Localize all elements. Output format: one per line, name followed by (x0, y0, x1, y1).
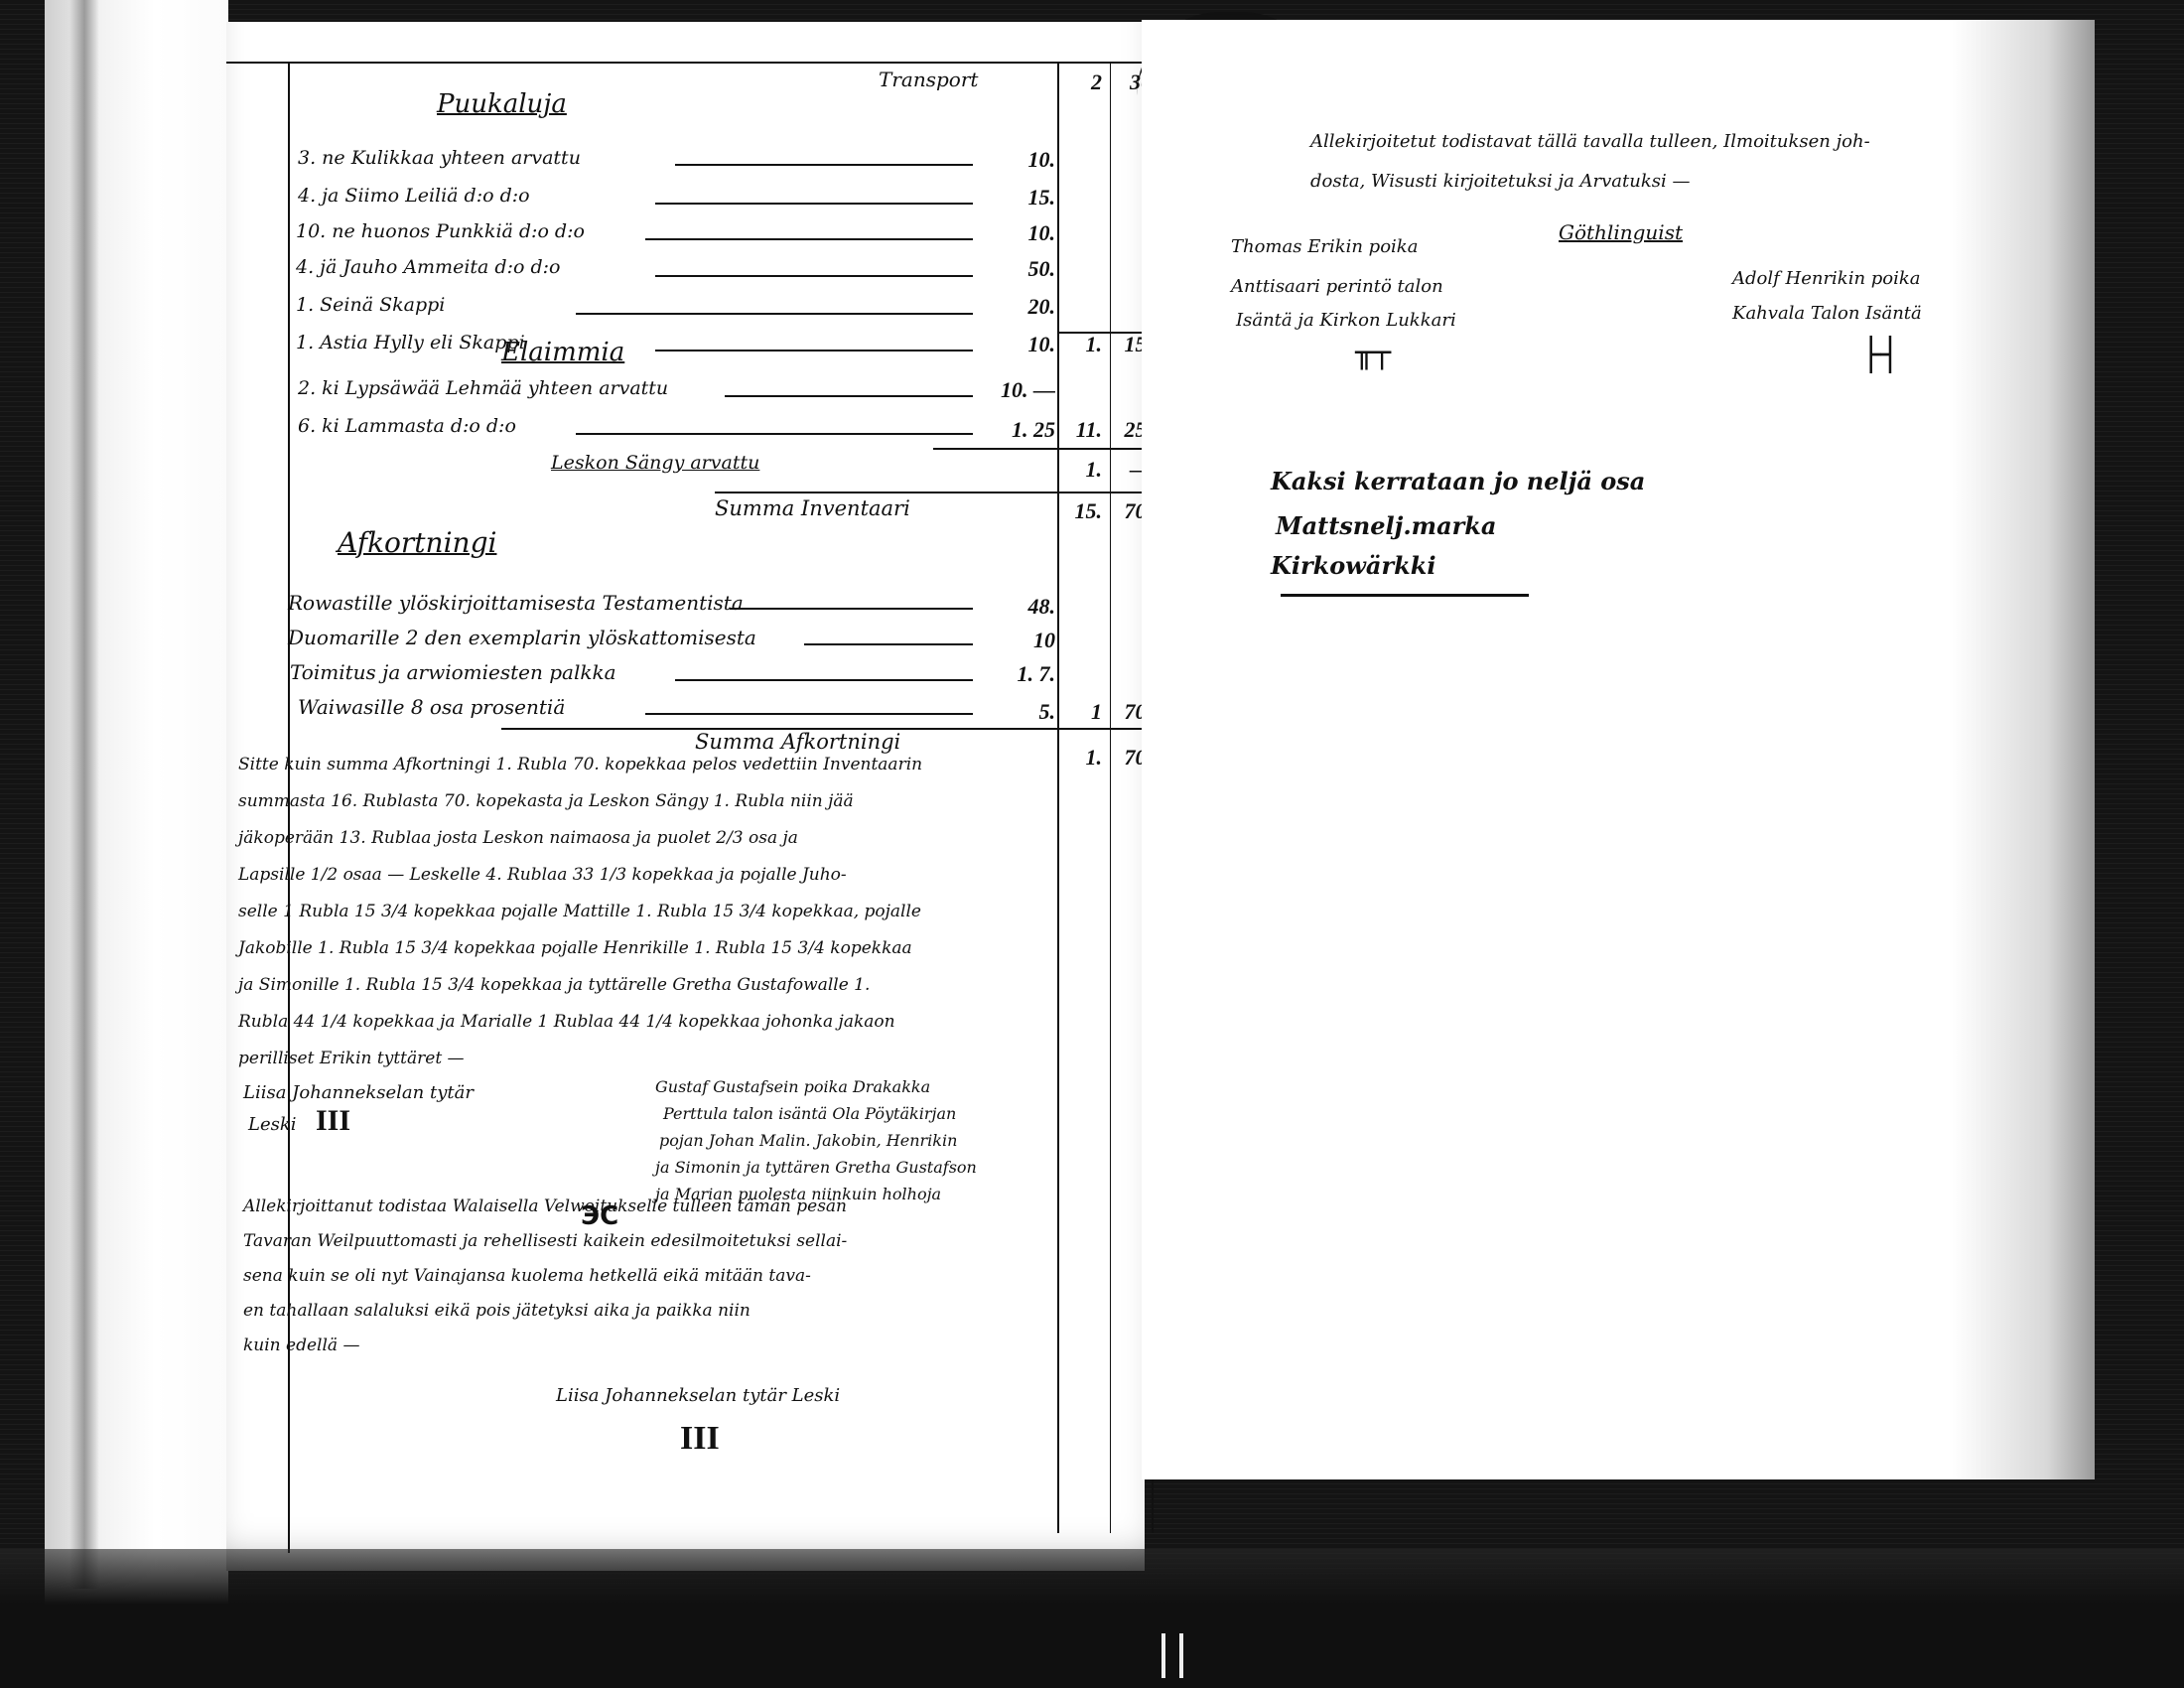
item-text: 6. ki Lammasta d:o d:o (298, 415, 516, 437)
leader-line (645, 238, 973, 240)
witness-left-line: Anttisaari perintö talon (1231, 276, 1443, 297)
witness-right-line: Kahvala Talon Isäntä (1732, 303, 1922, 324)
item-text: 1. Seinä Skappi (296, 294, 445, 316)
scanner-bottom-shadow (0, 1549, 2184, 1688)
paragraph-line: jäkoperään 13. Rublaa josta Leskon naima… (238, 828, 798, 848)
scribe-signature: Göthlinguist (1559, 220, 1683, 244)
paragraph-line: Lapsille 1/2 osaa — Leskelle 4. Rublaa 3… (238, 865, 847, 885)
item-text: 1. Astia Hylly eli Skappi (296, 332, 525, 353)
deduction-amount: 1. 7. (978, 661, 1055, 687)
deduction-text: Toimitus ja arwiomiesten palkka (290, 660, 616, 684)
page-fold-shadow (69, 0, 99, 1589)
ledger-amount-column-rule (1057, 64, 1059, 1533)
deduction-text: Duomarille 2 den exemplarin ylöskattomis… (288, 626, 756, 649)
ledger-top-rule (226, 62, 1155, 64)
note-line: Kirkowärkki (1271, 551, 1436, 580)
note-line: Mattsnelj.marka (1276, 511, 1496, 540)
witness-right-mark: ├┤ (1861, 336, 1900, 373)
leader-line (725, 395, 973, 397)
item-amount: 10. — (978, 377, 1055, 403)
paragraph-line: ja Simonille 1. Rubla 15 3/4 kopekkaa ja… (238, 975, 870, 995)
widow-signature-line: Leski (248, 1114, 297, 1135)
leader-line (645, 713, 973, 715)
final-signature-mark: III (680, 1420, 720, 1458)
certification-line: kuin edellä — (243, 1336, 359, 1355)
total-rule (715, 492, 1152, 493)
leader-line (576, 433, 973, 435)
certification-line: en tahallaan salaluksi eikä pois jätetyk… (243, 1301, 751, 1321)
leader-line (675, 164, 973, 166)
item-text: 2. ki Lypsäwää Lehmää yhteen arvattu (298, 377, 668, 399)
witness-left-line: Isäntä ja Kirkon Lukkari (1236, 310, 1456, 331)
deduction-subtotal-rubles: 1 (1060, 699, 1102, 725)
item-amount: 15. (998, 185, 1055, 211)
subtotal-rubles: 1. (1062, 332, 1102, 357)
item-text: 4. ja Siimo Leiliä d:o d:o (298, 185, 530, 207)
ledger-kopek-column-rule (1110, 64, 1111, 1533)
leader-line (655, 350, 973, 352)
widow-signature-mark: III (316, 1104, 350, 1138)
subtotal-rule (933, 448, 1152, 450)
summa-inventaari-label: Summa Inventaari (715, 496, 910, 520)
witness-left-mark: ╥┬ (1355, 336, 1391, 370)
gutter-mark (1161, 1633, 1183, 1678)
leader-line (675, 679, 973, 681)
leader-line (655, 275, 973, 277)
attestation-line: Allekirjoitetut todistavat tällä tavalla… (1310, 131, 1870, 152)
paragraph-line: Sitte kuin summa Afkortningi 1. Rubla 70… (238, 755, 922, 774)
section-heading-puukaluja: Puukaluja (437, 89, 567, 119)
deduction-amount: 48. (998, 594, 1055, 620)
item-text: 4. jä Jauho Ammeita d:o d:o (296, 256, 560, 278)
leader-line (576, 313, 973, 315)
section-heading-afkortningi: Afkortningi (338, 526, 496, 559)
certification-line: Allekirjoittanut todistaa Walaisella Vel… (243, 1196, 847, 1216)
attestation-line: dosta, Wisusti kirjoitetuksi ja Arvatuks… (1310, 171, 1691, 192)
summa-inventaari-rubles: 15. (1060, 498, 1102, 524)
certification-line: Tavaran Weilpuuttomasti ja rehellisesti … (243, 1231, 847, 1251)
transport-rubles: 2 (1062, 70, 1102, 95)
note-line: Kaksi kerrataan jo neljä osa (1271, 467, 1645, 495)
item-text: 3. ne Kulikkaa yhteen arvattu (298, 147, 581, 169)
guardian-signature-line: Perttula talon isäntä Ola Pöytäkirjan (663, 1104, 956, 1123)
final-signature: Liisa Johannekselan tytär Leski (556, 1385, 840, 1406)
item-amount: 10. (998, 220, 1055, 246)
item-amount: 10. (998, 332, 1055, 357)
deduction-amount: 10 (998, 628, 1055, 653)
paragraph-line: perilliset Erikin tyttäret — (238, 1049, 465, 1068)
subtotal-rule (1057, 332, 1152, 334)
summa-afkortningi-rubles: 1. (1060, 745, 1102, 771)
guardian-signature-line: ja Simonin ja tyttären Gretha Gustafson (655, 1158, 977, 1177)
paragraph-line: selle 1 Rubla 15 3/4 kopekkaa pojalle Ma… (238, 902, 921, 921)
item-amount: 1. 25 (978, 417, 1055, 443)
paragraph-line: Jakobille 1. Rubla 15 3/4 kopekkaa pojal… (238, 938, 912, 958)
section-heading-elaimmia: Elaimmia (501, 338, 624, 367)
certification-line: sena kuin se oli nyt Vainajansa kuolema … (243, 1266, 811, 1286)
widow-bed-rubles: 1. (1060, 457, 1102, 483)
witness-left-line: Thomas Erikin poika (1231, 236, 1418, 257)
paragraph-line: summasta 16. Rublasta 70. kopekasta ja L… (238, 791, 854, 811)
deduction-amount: 5. (998, 699, 1055, 725)
leader-line (730, 608, 973, 610)
subtotal-rubles: 11. (1060, 417, 1102, 443)
witness-right-line: Adolf Henrikin poika (1732, 268, 1921, 289)
deduction-text: Rowastille ylöskirjoittamisesta Testamen… (288, 591, 744, 615)
widow-bed-label: Leskon Sängy arvattu (551, 452, 759, 474)
widow-signature-line: Liisa Johannekselan tytär (243, 1082, 474, 1103)
note-underline (1281, 594, 1529, 597)
leader-line (655, 203, 973, 205)
item-amount: 50. (998, 256, 1055, 282)
deduction-text: Waiwasille 8 osa prosentiä (298, 695, 565, 719)
transport-label: Transport (879, 68, 978, 91)
paragraph-line: Rubla 44 1/4 kopekkaa ja Marialle 1 Rubl… (238, 1012, 895, 1032)
guardian-signature-line: pojan Johan Malin. Jakobin, Henrikin (659, 1131, 957, 1150)
item-text: 10. ne huonos Punkkiä d:o d:o (296, 220, 585, 242)
item-amount: 20. (998, 294, 1055, 320)
item-amount: 10. (998, 147, 1055, 173)
summa-afkortningi-label: Summa Afkortningi (695, 730, 900, 754)
leader-line (804, 643, 973, 645)
guardian-signature-line: Gustaf Gustafsein poika Drakakka (655, 1077, 930, 1096)
